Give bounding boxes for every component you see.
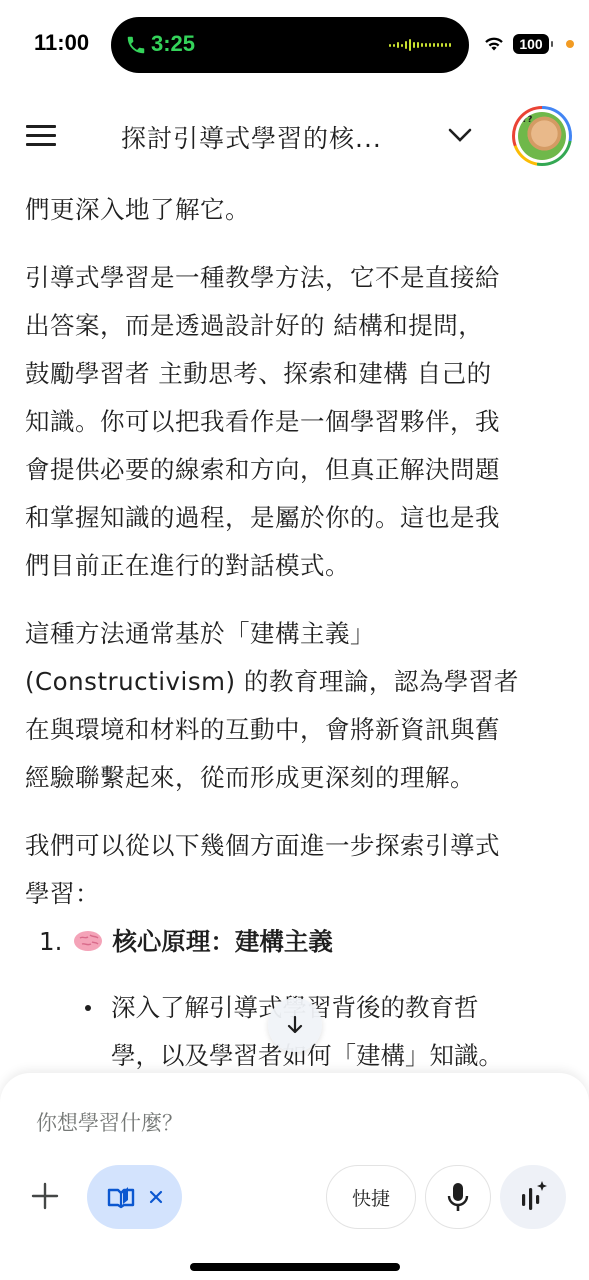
shortcut-button[interactable]: 快捷 — [326, 1165, 416, 1229]
live-voice-sparkle-icon — [518, 1180, 548, 1214]
hamburger-menu-icon[interactable] — [26, 125, 56, 149]
microphone-icon — [446, 1181, 470, 1213]
audio-waveform-icon — [389, 39, 451, 51]
paragraph: 們更深入地了解它。 — [25, 186, 570, 234]
call-duration: 3:25 — [151, 31, 195, 57]
privacy-indicator-dot — [566, 40, 574, 48]
composer: 快捷 — [0, 1073, 589, 1280]
phone-call-icon — [125, 33, 147, 57]
bullet-dot — [85, 1005, 91, 1011]
status-time: 11:00 — [34, 30, 89, 56]
dynamic-island-call[interactable]: 3:25 — [111, 17, 469, 73]
microphone-button[interactable] — [425, 1165, 491, 1229]
home-indicator — [190, 1263, 400, 1271]
plus-icon[interactable] — [28, 1179, 62, 1213]
close-icon[interactable] — [149, 1190, 163, 1204]
chat-title[interactable]: 探討引導式學習的核... — [121, 119, 382, 155]
assistant-response: 們更深入地了解它。 引導式學習是一種教學方法，它不是直接給 出答案，而是透過設計… — [25, 186, 570, 1080]
prompt-input[interactable] — [36, 1105, 536, 1141]
paragraph: 這種方法通常基於「建構主義」 (Constructivism) 的教育理論，認為… — [25, 610, 570, 802]
avatar-cat-photo — [518, 112, 566, 160]
list-heading-text: 核心原理：建構主義 — [112, 927, 333, 956]
scroll-to-bottom-button[interactable] — [268, 998, 322, 1052]
guided-learning-tool-chip[interactable] — [87, 1165, 182, 1229]
live-voice-button[interactable] — [500, 1165, 566, 1229]
status-bar: 11:00 3:25 100 — [0, 0, 589, 90]
paragraph: 我們可以從以下幾個方面進一步探索引導式 學習： — [25, 822, 570, 918]
battery-indicator: 100 — [513, 34, 549, 54]
avatar[interactable] — [512, 106, 572, 166]
app-header: 探討引導式學習的核... — [0, 95, 589, 181]
wifi-icon — [482, 33, 506, 53]
list-number: 1. — [39, 927, 62, 956]
list-item-heading: 1.核心原理：建構主義 — [25, 918, 570, 966]
chevron-down-icon[interactable] — [446, 125, 474, 145]
arrow-down-icon — [286, 1015, 304, 1035]
paragraph: 引導式學習是一種教學方法，它不是直接給 出答案，而是透過設計好的 結構和提問， … — [25, 254, 570, 590]
open-book-icon — [107, 1185, 135, 1209]
brain-emoji-icon — [72, 929, 104, 953]
